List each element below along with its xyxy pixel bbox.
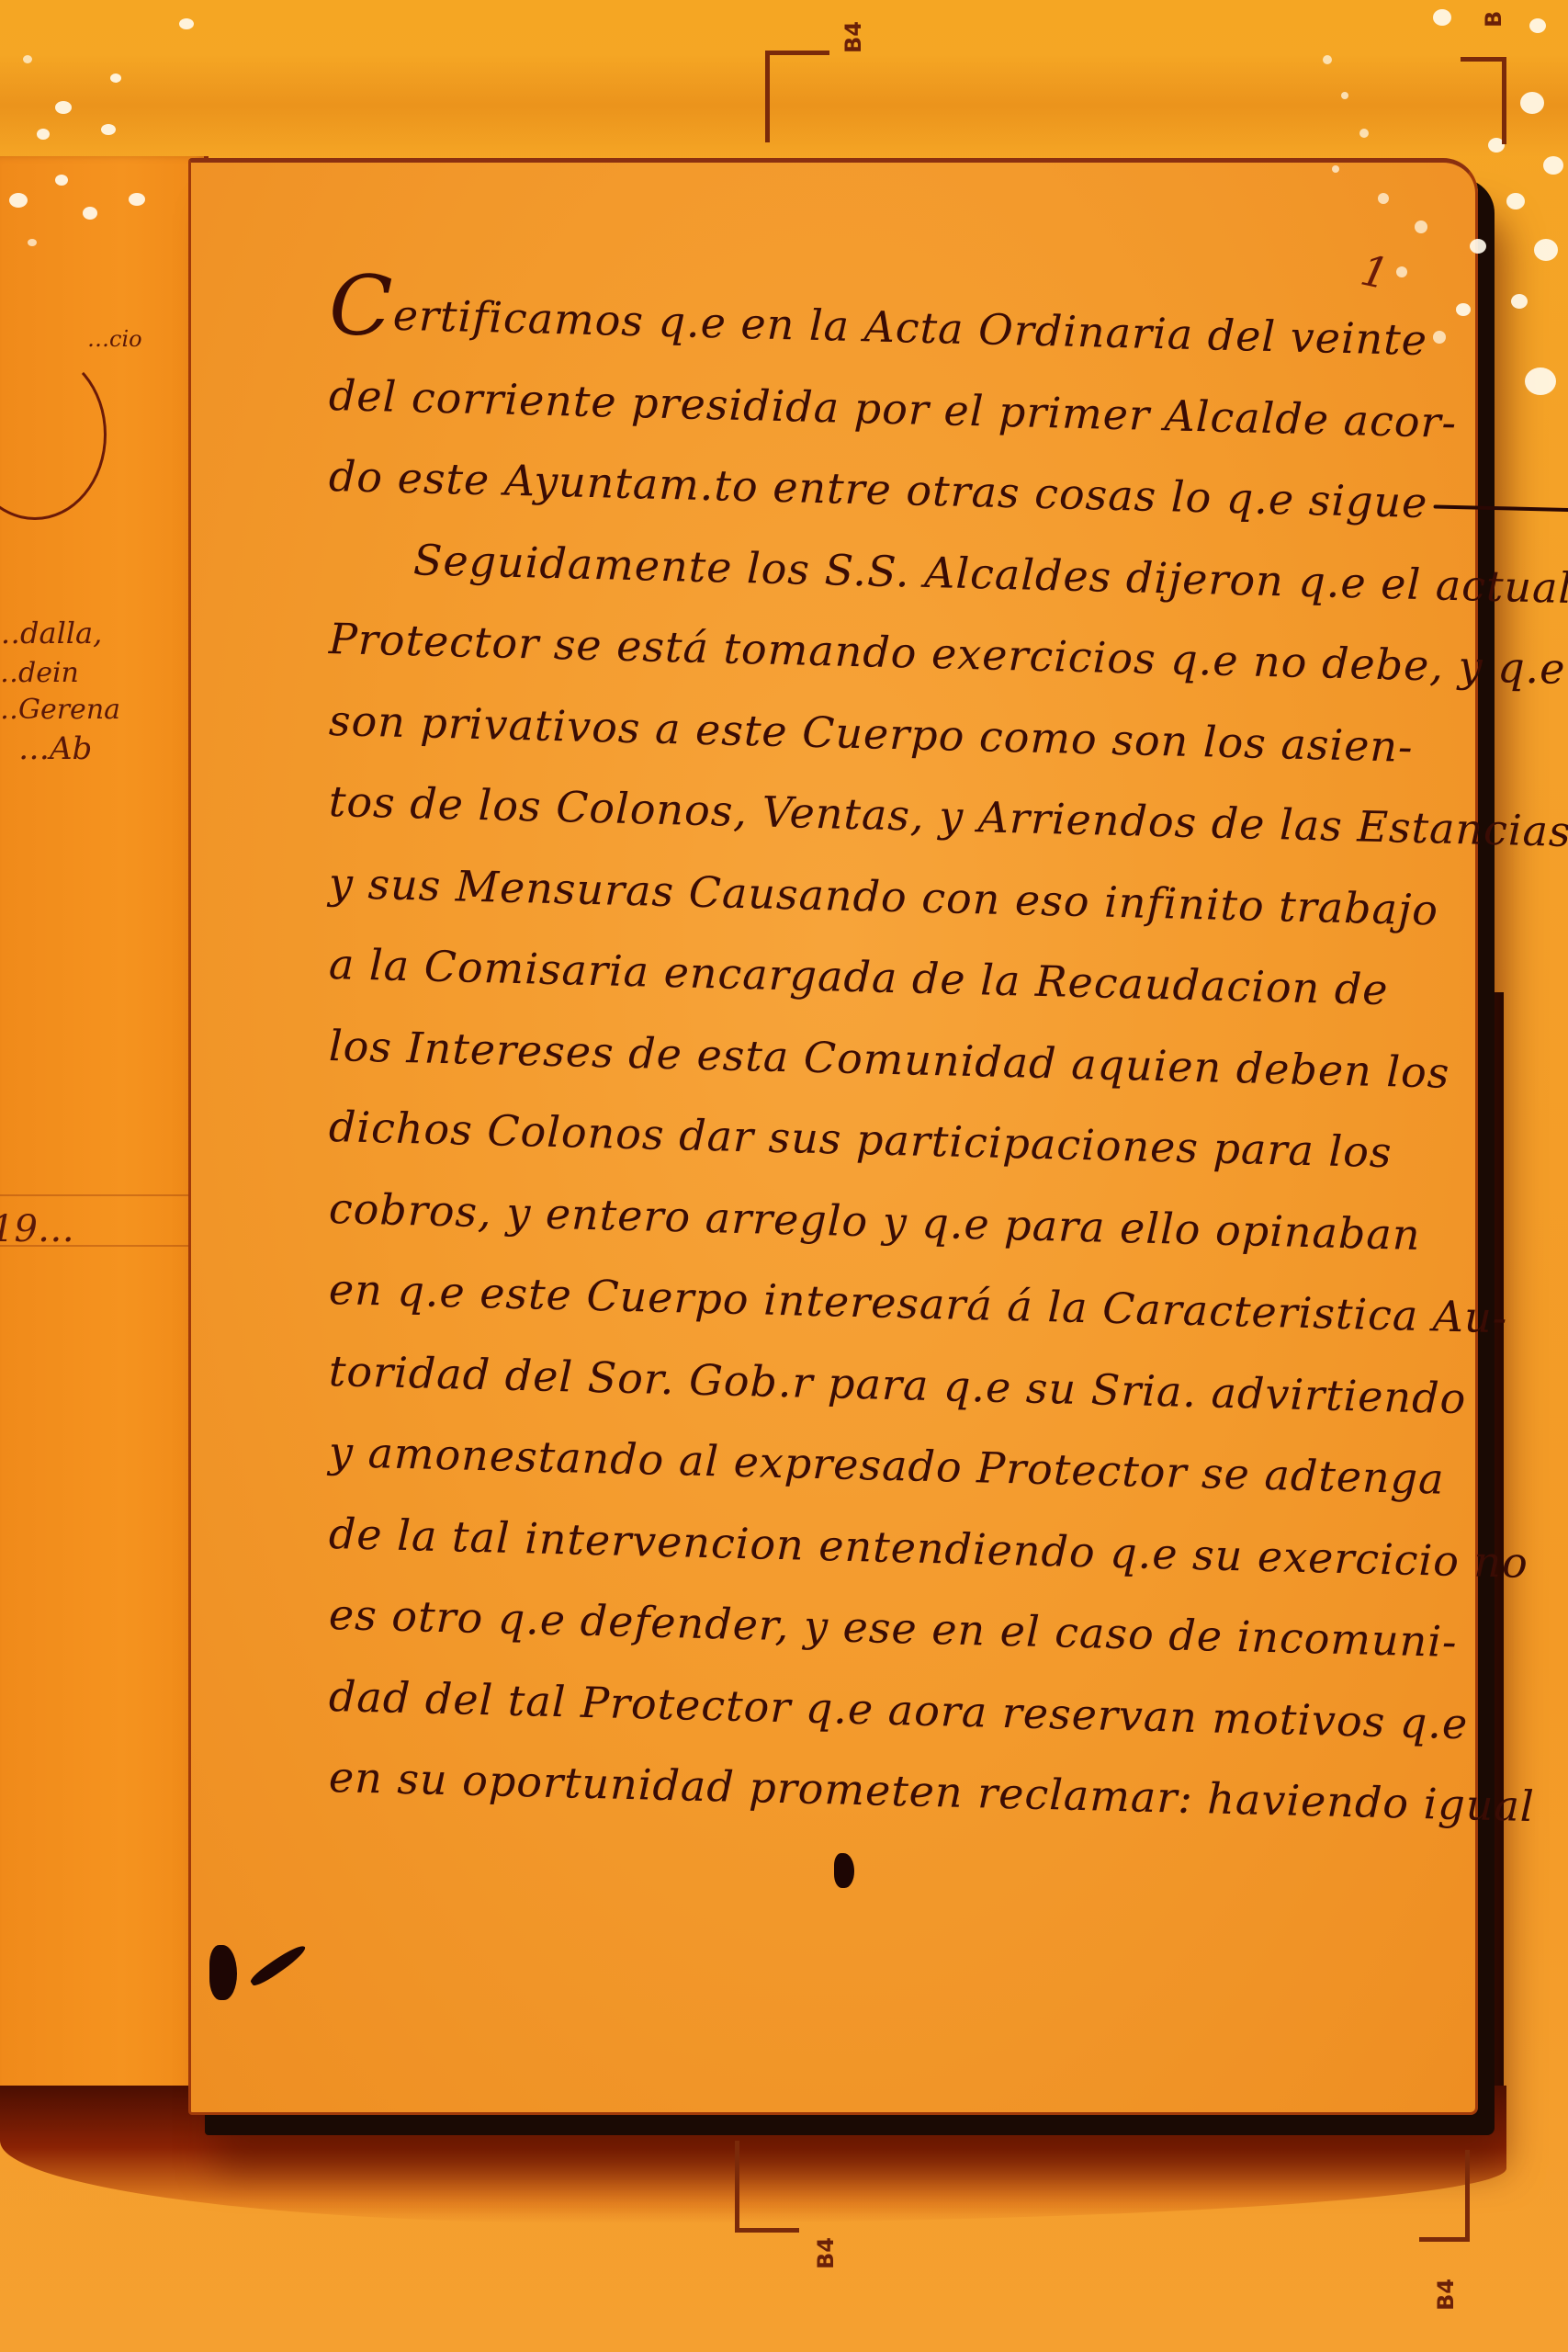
speckle (1341, 92, 1348, 99)
speckle (1511, 294, 1528, 309)
speckle (179, 18, 194, 29)
manuscript-text: Certificamos q.e en la Acta Ordinaria de… (329, 273, 1459, 1818)
speckle (1525, 367, 1556, 395)
crop-label: B4 (1433, 2278, 1459, 2311)
speckle (1529, 18, 1546, 33)
speckle (1359, 129, 1369, 138)
drop-cap: C (328, 257, 394, 356)
speckle (129, 193, 145, 206)
crop-label: B4 (840, 21, 866, 53)
speckle (1543, 156, 1563, 175)
crop-label: B4 (813, 2237, 839, 2269)
left-page-text: 19… (0, 1208, 74, 1250)
speckle (1396, 266, 1407, 277)
left-page-text: …dein (0, 657, 79, 689)
speckle (110, 73, 121, 83)
crop-label: B (1481, 11, 1506, 28)
crop-marker-top-left (765, 51, 829, 142)
speckle (1415, 220, 1427, 233)
ink-blot (209, 1945, 237, 2000)
speckle (1433, 9, 1451, 26)
speckle (1323, 55, 1332, 64)
speckle (28, 239, 37, 246)
crop-marker-top-right (1461, 57, 1506, 144)
speckle (1520, 92, 1544, 114)
speckle (1378, 193, 1389, 204)
speckle (1456, 303, 1471, 316)
speckle (83, 207, 97, 220)
speckle (9, 193, 28, 208)
page-fold-line (0, 1194, 197, 1196)
crop-marker-bottom-left (735, 2141, 799, 2233)
speckle (55, 175, 68, 186)
left-page-text: …dalla, (0, 616, 102, 650)
speckle (55, 101, 72, 114)
left-page-text: …Gerena (0, 694, 120, 726)
speckle (37, 129, 50, 140)
speckle (23, 55, 32, 63)
flourish-stroke (0, 349, 107, 520)
speckle (1506, 193, 1525, 209)
speckle (101, 124, 116, 135)
manuscript-page: 1 Certificamos q.e en la Acta Ordinaria … (188, 158, 1478, 2115)
ink-blot (834, 1853, 854, 1888)
left-page-fragment: …cio …dalla, …dein …Gerena …Ab 19… (0, 156, 209, 2113)
left-page-text: …cio (87, 326, 142, 352)
closing-rule (1433, 504, 1568, 512)
crop-marker-bottom-right (1419, 2150, 1470, 2242)
speckle (1534, 239, 1558, 261)
speckle (1332, 165, 1339, 173)
speckle (1433, 331, 1446, 344)
speckle (1470, 239, 1486, 254)
left-page-text: …Ab (18, 730, 92, 767)
ink-stroke (248, 1941, 308, 1989)
